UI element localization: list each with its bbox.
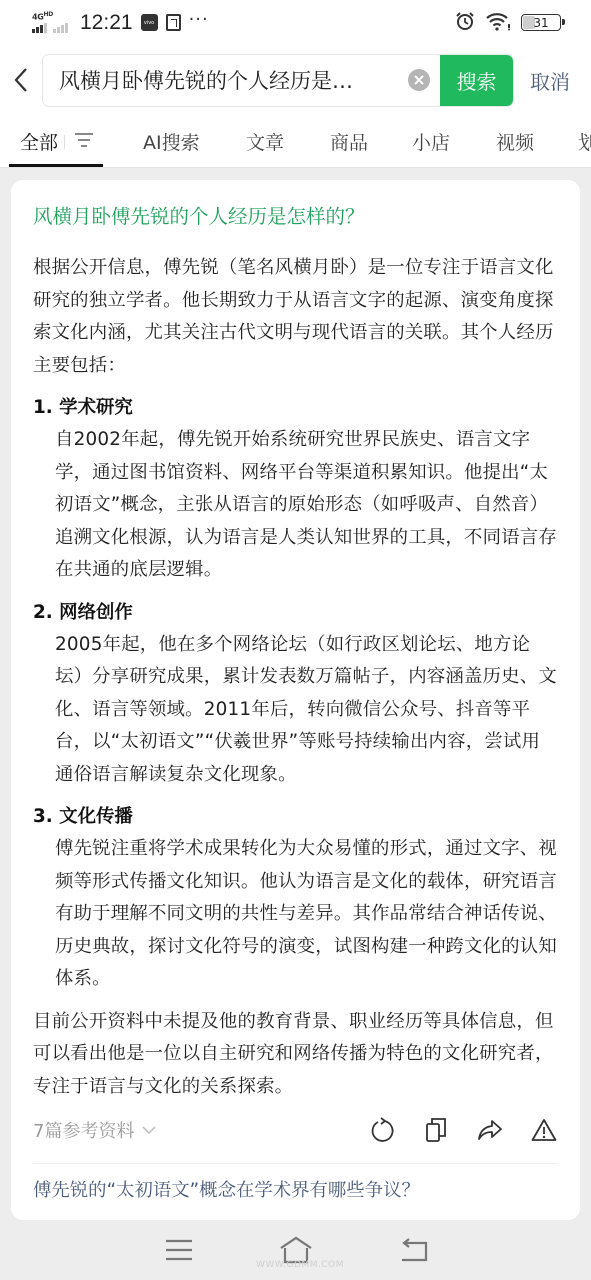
warning-icon[interactable]: [530, 1116, 558, 1144]
search-query-text[interactable]: 风横月卧傅先锐的个人经历是…: [43, 65, 408, 95]
share-icon[interactable]: [476, 1116, 504, 1144]
search-input[interactable]: 风横月卧傅先锐的个人经历是… 搜索: [42, 54, 514, 107]
answer-section: 2. 网络创作 2005年起，他在多个网络论坛（如行政区划论坛、地方论坛）分享研…: [33, 597, 558, 792]
answer-intro: 根据公开信息，傅先锐（笔名风横月卧）是一位专注于语言文化研究的独立学者。他长期致…: [33, 252, 558, 382]
cancel-button[interactable]: 取消: [530, 66, 570, 95]
tab-separator: [64, 135, 65, 149]
search-button[interactable]: 搜索: [440, 54, 513, 107]
clock: 12:21: [80, 11, 133, 35]
vivo-app-icon: vivo: [141, 14, 158, 31]
followup-question-link[interactable]: 傅先锐的“太初语文”概念在学术界有哪些争议？: [33, 1176, 420, 1202]
menu-icon: [165, 1239, 193, 1261]
chevron-down-icon: [142, 1126, 156, 1135]
tab-shops[interactable]: 小店: [412, 128, 450, 155]
tab-products[interactable]: 商品: [330, 128, 368, 155]
close-icon: [414, 75, 424, 85]
menu-button[interactable]: [162, 1233, 196, 1267]
answer-question-title: 风横月卧傅先锐的个人经历是怎样的？: [33, 202, 558, 232]
refresh-icon[interactable]: [368, 1116, 396, 1144]
category-tabs: 全部 AI搜索 文章 商品 小店 视频 划: [0, 115, 591, 168]
tab-videos[interactable]: 视频: [496, 128, 534, 155]
answer-actions: 7篇参考资料: [33, 1110, 558, 1150]
answer-closing: 目前公开资料中未提及他的教育背景、职业经历等具体信息，但可以看出他是一位以自主研…: [33, 1006, 558, 1104]
chevron-left-icon: [13, 67, 29, 93]
cellular-signal-icon: 4GHD: [32, 12, 68, 33]
section-body: 自2002年起，傅先锐开始系统研究世界民族史、语言文字学，通过图书馆资料、网络平…: [33, 424, 558, 587]
battery-indicator: 31: [521, 14, 561, 31]
home-button[interactable]: [279, 1233, 313, 1267]
section-heading: 2. 网络创作: [33, 597, 558, 629]
tab-more-clipped[interactable]: 划: [578, 128, 591, 155]
answer-section: 1. 学术研究 自2002年起，傅先锐开始系统研究世界民族史、语言文字学，通过图…: [33, 392, 558, 587]
section-heading: 1. 学术研究: [33, 392, 558, 424]
system-nav-bar: [0, 1220, 591, 1280]
wifi-icon: [485, 11, 511, 35]
references-toggle[interactable]: 7篇参考资料: [33, 1117, 156, 1143]
copy-icon[interactable]: [422, 1116, 450, 1144]
more-notifications-icon: ···: [189, 9, 209, 30]
filter-icon[interactable]: [74, 132, 94, 152]
active-tab-indicator: [9, 164, 103, 167]
section-body: 2005年起，他在多个网络论坛（如行政区划论坛、地方论坛）分享研究成果，累计发表…: [33, 629, 558, 792]
ai-answer-card: 风横月卧傅先锐的个人经历是怎样的？ 根据公开信息，傅先锐（笔名风横月卧）是一位专…: [11, 180, 580, 1220]
notification-doc-icon: [166, 14, 181, 31]
return-icon: [398, 1238, 428, 1262]
section-heading: 3. 文化传播: [33, 801, 558, 833]
back-button[interactable]: [0, 45, 42, 115]
references-label: 7篇参考资料: [33, 1117, 134, 1143]
tab-articles[interactable]: 文章: [246, 128, 284, 155]
divider: [33, 1163, 558, 1164]
home-icon: [279, 1236, 313, 1264]
section-body: 傅先锐注重将学术成果转化为大众易懂的形式，通过文字、视频等形式传播文化知识。他认…: [33, 833, 558, 996]
alarm-icon: [455, 11, 475, 35]
answer-section: 3. 文化传播 傅先锐注重将学术成果转化为大众易懂的形式，通过文字、视频等形式传…: [33, 801, 558, 996]
status-bar: 4GHD 12:21 vivo ··· 31: [0, 0, 591, 45]
tab-ai-search[interactable]: AI搜索: [143, 128, 200, 155]
back-nav-button[interactable]: [396, 1233, 430, 1267]
tab-all[interactable]: 全部: [20, 128, 58, 155]
search-header: 风横月卧傅先锐的个人经历是… 搜索 取消: [0, 45, 591, 115]
clear-search-button[interactable]: [408, 69, 430, 91]
